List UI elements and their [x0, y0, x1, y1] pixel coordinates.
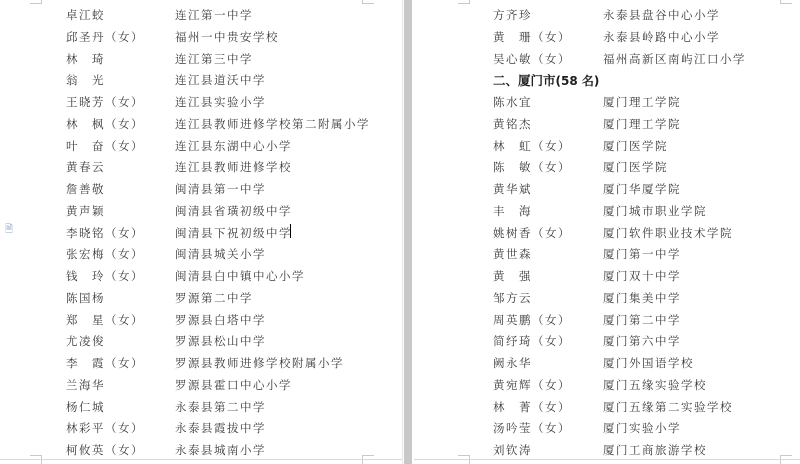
list-item: 汤吟莹（女）厦门实验小学 — [493, 418, 800, 438]
school-name: 闽清县第一中学 — [175, 179, 266, 199]
school-name: 厦门理工学院 — [603, 92, 681, 112]
list-item: 方齐珍永泰县盘谷中心小学 — [493, 5, 800, 25]
school-name: 厦门第二中学 — [603, 310, 681, 330]
list-item: 李 霞（女）罗源县教师进修学校附属小学 — [66, 353, 386, 373]
page-edge — [402, 0, 403, 464]
school-name: 厦门城市职业学院 — [603, 201, 707, 221]
list-item: 林彩平（女）永泰县霞拔中学 — [66, 418, 386, 438]
person-name: 刘钦涛 — [493, 440, 532, 460]
school-name: 厦门医学院 — [603, 136, 668, 156]
list-item: 林 虹（女）厦门医学院 — [493, 136, 800, 156]
list-item: 张宏梅（女）闽清县城关小学 — [66, 244, 386, 264]
list-item: 翁 光连江县道沃中学 — [66, 70, 386, 90]
school-name: 厦门第一中学 — [603, 244, 681, 264]
person-name: 方齐珍 — [493, 5, 532, 25]
person-name: 陈水宜 — [493, 92, 532, 112]
person-name: 简纾琦（女） — [493, 331, 571, 351]
list-item: 邱圣丹（女）福州一中贵安学校 — [66, 27, 386, 47]
person-name: 王晓芳（女） — [66, 92, 144, 112]
list-item: 阙永华厦门外国语学校 — [493, 353, 800, 373]
margin-corner-mark — [469, 0, 470, 4]
section-title: 二、厦门市 — [493, 73, 556, 88]
list-item: 林 枫（女）连江县教师进修学校第二附属小学 — [66, 114, 386, 134]
list-item: 邹方云厦门集美中学 — [493, 288, 800, 308]
list-item: 陈国杨罗源第二中学 — [66, 288, 386, 308]
list-item: 王晓芳（女）连江县实验小学 — [66, 92, 386, 112]
person-name: 丰 海 — [493, 201, 532, 221]
school-name: 福州高新区南屿江口小学 — [603, 49, 746, 69]
school-name: 永泰县第二中学 — [175, 397, 266, 417]
section-heading-xiamen: 二、厦门市(58 名) — [493, 71, 599, 91]
school-name: 厦门外国语学校 — [603, 353, 694, 373]
list-item: 黄世森厦门第一中学 — [493, 244, 800, 264]
school-name: 连江第三中学 — [175, 49, 253, 69]
person-name: 黄铭杰 — [493, 114, 532, 134]
person-name: 吴心敏（女） — [493, 49, 571, 69]
school-name: 连江县东湖中心小学 — [175, 136, 292, 156]
list-item: 林 菁（女）厦门五缘第二实验学校 — [493, 397, 800, 417]
school-name: 厦门实验小学 — [603, 418, 681, 438]
person-name: 郑 星（女） — [66, 310, 144, 330]
list-item: 卓江蛟连江第一中学 — [66, 5, 386, 25]
document-icon[interactable]: 🗎 — [5, 224, 15, 236]
list-item: 周英鹏（女）厦门第二中学 — [493, 310, 800, 330]
school-name: 罗源第二中学 — [175, 288, 253, 308]
text-cursor — [290, 224, 291, 238]
list-item: 兰海华罗源县霍口中心小学 — [66, 375, 386, 395]
school-name: 厦门集美中学 — [603, 288, 681, 308]
person-name: 汤吟莹（女） — [493, 418, 571, 438]
school-name: 厦门第六中学 — [603, 331, 681, 351]
school-name: 永泰县岭路中心小学 — [603, 27, 720, 47]
margin-corner-mark — [780, 0, 781, 4]
school-name: 罗源县霍口中心小学 — [175, 375, 292, 395]
school-name: 厦门医学院 — [603, 157, 668, 177]
person-name: 兰海华 — [66, 375, 105, 395]
list-item: 吴心敏（女）福州高新区南屿江口小学 — [493, 49, 800, 69]
section-count: (58 名) — [556, 74, 600, 88]
person-name: 黄 强 — [493, 266, 532, 286]
margin-corner-mark — [780, 3, 792, 4]
list-item: 黄声颖闽清县省璜初级中学 — [66, 201, 386, 221]
school-name: 闽清县城关小学 — [175, 244, 266, 264]
list-item: 李晓铭（女）闽清县下祝初级中学 — [66, 223, 386, 243]
person-name: 柯攸英（女） — [66, 440, 144, 460]
school-name: 厦门理工学院 — [603, 114, 681, 134]
person-name: 李 霞（女） — [66, 353, 144, 373]
person-name: 詹善敬 — [66, 179, 105, 199]
school-name: 连江县教师进修学校第二附属小学 — [175, 114, 370, 134]
school-name: 厦门软件职业技术学院 — [603, 223, 733, 243]
school-name: 罗源县松山中学 — [175, 331, 266, 351]
list-item: 陈水宜厦门理工学院 — [493, 92, 800, 112]
list-item: 黄春云连江县教师进修学校 — [66, 157, 386, 177]
person-name: 尤凌俊 — [66, 331, 105, 351]
list-item: 黄 珊（女）永泰县岭路中心小学 — [493, 27, 800, 47]
person-name: 张宏梅（女） — [66, 244, 144, 264]
list-item: 詹善敬闽清县第一中学 — [66, 179, 386, 199]
person-name: 黄世森 — [493, 244, 532, 264]
person-name: 林 菁（女） — [493, 397, 571, 417]
school-name: 厦门五缘第二实验学校 — [603, 397, 733, 417]
list-item: 黄华斌厦门华厦学院 — [493, 179, 800, 199]
list-item: 杨仁城永泰县第二中学 — [66, 397, 386, 417]
school-name: 罗源县教师进修学校附属小学 — [175, 353, 344, 373]
person-name: 黄春云 — [66, 157, 105, 177]
person-name: 陈 敏（女） — [493, 157, 571, 177]
school-name: 连江县教师进修学校 — [175, 157, 292, 177]
school-name: 闽清县白中镇中心小学 — [175, 266, 305, 286]
margin-corner-mark — [362, 3, 374, 4]
list-item: 黄 强厦门双十中学 — [493, 266, 800, 286]
school-name: 闽清县省璜初级中学 — [175, 201, 292, 221]
list-item: 钱 玲（女）闽清县白中镇中心小学 — [66, 266, 386, 286]
person-name: 邹方云 — [493, 288, 532, 308]
list-item: 刘钦涛厦门工商旅游学校 — [493, 440, 800, 460]
school-name: 厦门五缘实验学校 — [603, 375, 707, 395]
person-name: 杨仁城 — [66, 397, 105, 417]
person-name: 邱圣丹（女） — [66, 27, 144, 47]
school-name: 罗源县白塔中学 — [175, 310, 266, 330]
school-name: 连江县道沃中学 — [175, 70, 266, 90]
list-item: 尤凌俊罗源县松山中学 — [66, 331, 386, 351]
list-item: 黄宛辉（女）厦门五缘实验学校 — [493, 375, 800, 395]
person-name: 林 琦 — [66, 49, 105, 69]
person-name: 翁 光 — [66, 70, 105, 90]
person-name: 叶 奋（女） — [66, 136, 144, 156]
list-item: 简纾琦（女）厦门第六中学 — [493, 331, 800, 351]
person-name: 姚树香（女） — [493, 223, 571, 243]
list-item: 郑 星（女）罗源县白塔中学 — [66, 310, 386, 330]
school-name: 永泰县霞拔中学 — [175, 418, 266, 438]
person-name: 黄 珊（女） — [493, 27, 571, 47]
person-name: 黄华斌 — [493, 179, 532, 199]
school-name: 福州一中贵安学校 — [175, 27, 279, 47]
school-name: 闽清县下祝初级中学 — [175, 223, 292, 243]
list-item: 柯攸英（女）永泰县城南小学 — [66, 440, 386, 460]
person-name: 林 虹（女） — [493, 136, 571, 156]
list-item: 陈 敏（女）厦门医学院 — [493, 157, 800, 177]
person-name: 钱 玲（女） — [66, 266, 144, 286]
person-name: 卓江蛟 — [66, 5, 105, 25]
person-name: 李晓铭（女） — [66, 223, 144, 243]
school-name: 厦门华厦学院 — [603, 179, 681, 199]
school-name: 厦门工商旅游学校 — [603, 440, 707, 460]
list-item: 叶 奋（女）连江县东湖中心小学 — [66, 136, 386, 156]
list-item: 林 琦连江第三中学 — [66, 49, 386, 69]
person-name: 林 枫（女） — [66, 114, 144, 134]
person-name: 林彩平（女） — [66, 418, 144, 438]
list-item: 丰 海厦门城市职业学院 — [493, 201, 800, 221]
list-item: 姚树香（女）厦门软件职业技术学院 — [493, 223, 800, 243]
list-item: 黄铭杰厦门理工学院 — [493, 114, 800, 134]
school-name: 永泰县城南小学 — [175, 440, 266, 460]
school-name: 连江县实验小学 — [175, 92, 266, 112]
margin-corner-mark — [362, 0, 363, 4]
person-name: 黄宛辉（女） — [493, 375, 571, 395]
person-name: 黄声颖 — [66, 201, 105, 221]
page-gutter — [404, 0, 412, 464]
school-name: 连江第一中学 — [175, 5, 253, 25]
school-name: 厦门双十中学 — [603, 266, 681, 286]
person-name: 陈国杨 — [66, 288, 105, 308]
school-name: 永泰县盘谷中心小学 — [603, 5, 720, 25]
person-name: 阙永华 — [493, 353, 532, 373]
person-name: 周英鹏（女） — [493, 310, 571, 330]
margin-corner-mark — [41, 0, 42, 4]
